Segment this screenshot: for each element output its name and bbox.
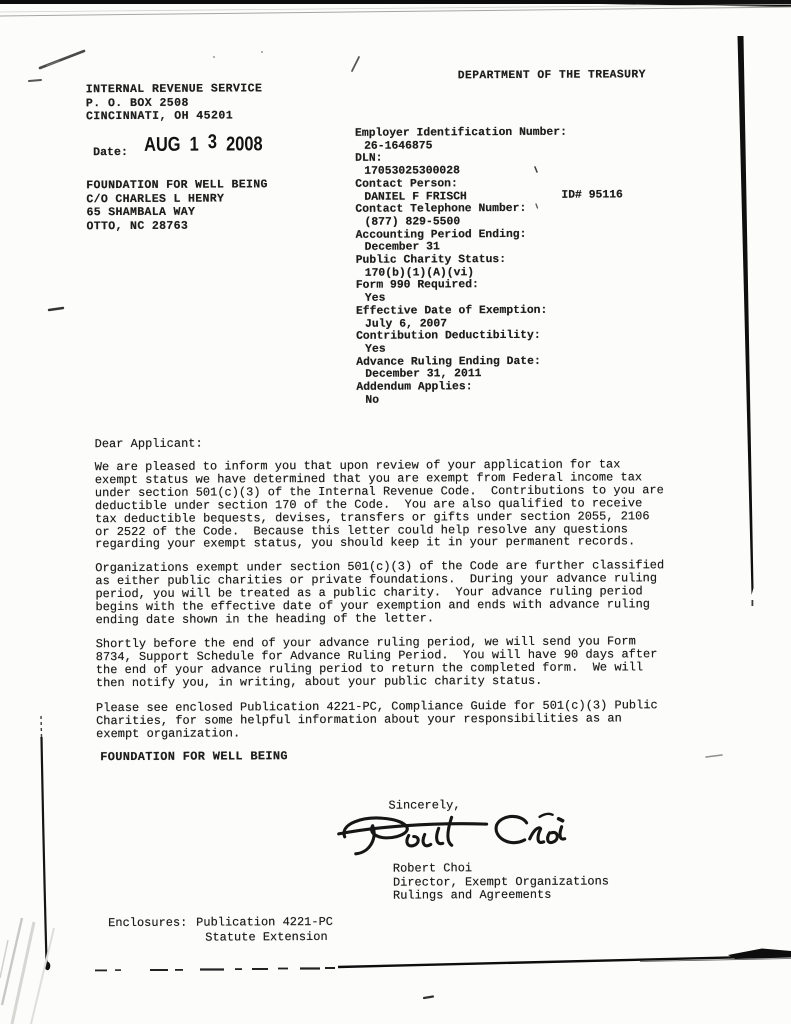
info-label: Contact Person: [355, 177, 567, 191]
signature-robert-choi [335, 811, 570, 862]
signer-department: Rulings and Agreements [393, 888, 609, 903]
stamp-month: AUG [144, 134, 181, 157]
info-label: Addendum Applies: [356, 381, 568, 395]
enclosure-item: Statute Extension [205, 931, 327, 945]
organization-name-line: FOUNDATION FOR WELL BEING [100, 750, 288, 764]
paragraph-publication: Please see enclosed Publication 4221-PC,… [96, 699, 658, 741]
info-label: Form 990 Required: [356, 279, 568, 293]
info-value: Yes [356, 343, 568, 357]
info-label: Employer Identification Number: [355, 127, 567, 141]
info-label: Contact Telephone Number: [355, 203, 567, 217]
department-name: DEPARTMENT OF THE TREASURY [458, 69, 646, 82]
info-value: December 31 [356, 241, 568, 255]
paragraph-exemption: We are pleased to inform you that upon r… [95, 458, 664, 551]
date-label: Date: [93, 146, 128, 159]
enclosure-item: Publication 4221-PC [196, 916, 333, 930]
info-label: Advance Ruling Ending Date: [356, 355, 568, 369]
info-value: No [356, 393, 568, 407]
paragraph-classification: Organizations exempt under section 501(c… [95, 559, 664, 627]
info-value: 26-1646875 [355, 139, 567, 153]
paragraph-advance-ruling: Shortly before the end of your advance r… [96, 635, 658, 690]
sender-address-block: INTERNAL REVENUE SERVICE P. O. BOX 2508 … [86, 82, 263, 124]
info-value: Yes [356, 292, 568, 306]
info-value: 17053025300028 [355, 165, 567, 179]
recipient-address-block: FOUNDATION FOR WELL BEING C/O CHARLES L … [86, 178, 268, 233]
stamp-day-digit-1: 1 [190, 134, 199, 157]
agency-name: INTERNAL REVENUE SERVICE [86, 82, 263, 97]
case-info-column: Employer Identification Number: 26-16468… [355, 127, 568, 408]
date-stamp: AUG 1 3 2008 [144, 133, 263, 157]
info-value: 170(b)(1)(A)(vi) [356, 266, 568, 280]
signer-block: Robert Choi Director, Exempt Organizatio… [393, 861, 609, 903]
info-label: Effective Date of Exemption: [356, 305, 568, 319]
letter-content: INTERNAL REVENUE SERVICE P. O. BOX 2508 … [0, 0, 791, 1024]
info-value: DANIEL F FRISCH [355, 190, 567, 204]
recipient-city: OTTO, NC 28763 [86, 219, 268, 234]
info-label: Contribution Deductibility: [356, 330, 568, 344]
recipient-name: FOUNDATION FOR WELL BEING [86, 178, 268, 193]
enclosures-label: Enclosures: [108, 917, 187, 930]
scanned-irs-letter: INTERNAL REVENUE SERVICE P. O. BOX 2508 … [0, 0, 791, 1024]
info-label: Accounting Period Ending: [356, 228, 568, 242]
recipient-care-of: C/O CHARLES L HENRY [86, 192, 268, 207]
agency-po-box: P. O. BOX 2508 [86, 96, 263, 111]
stamp-year: 2008 [226, 133, 263, 156]
stamp-day-digit-2: 3 [208, 131, 217, 154]
info-label: Public Charity Status: [356, 254, 568, 268]
agency-city: CINCINNATI, OH 45201 [86, 109, 263, 124]
salutation: Dear Applicant: [95, 438, 203, 451]
recipient-street: 65 SHAMBALA WAY [86, 205, 268, 220]
info-label: DLN: [355, 152, 567, 166]
info-value: (877) 829-5500 [355, 216, 567, 230]
contact-id-number: ID# 95116 [561, 189, 623, 201]
info-value: December 31, 2011 [356, 368, 568, 382]
